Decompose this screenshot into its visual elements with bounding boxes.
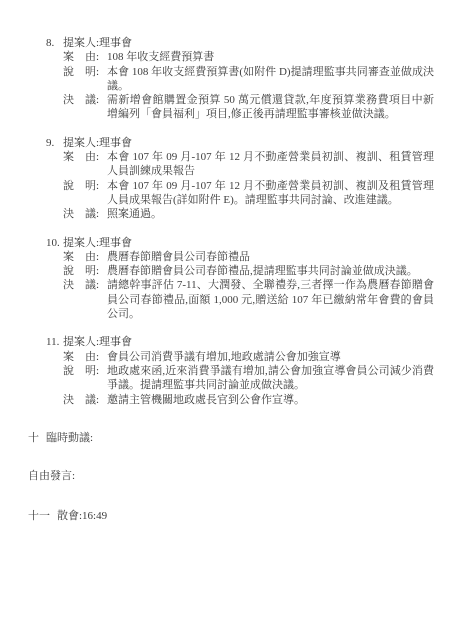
case-row: 案 由: 會員公司消費爭議有增加,地政處請公會加強宣導 [46, 350, 434, 364]
proposer-row: 10. 提案人:理事會 [46, 236, 434, 250]
resolution-row: 決 議: 照案通過。 [46, 207, 434, 221]
motions-label: 臨時動議: [46, 431, 93, 445]
proposal-item-10: 10. 提案人:理事會 案 由: 農曆春節贈會員公司春節禮品 說 明: 農曆春節… [46, 236, 434, 322]
proposer-label: 提案人:理事會 [63, 36, 434, 50]
resolution-label: 決 議: [63, 207, 107, 221]
case-text: 108 年收支經費預算書 [107, 50, 434, 64]
proposal-item-8: 8. 提案人:理事會 案 由: 108 年收支經費預算書 說 明: 本會 108… [46, 36, 434, 122]
resolution-row: 決 議: 邀請主管機關地政處長官到公會作宣導。 [46, 393, 434, 407]
proposal-number: 10. [46, 236, 63, 250]
resolution-label: 決 議: [63, 278, 107, 292]
explanation-text: 地政處來函,近來消費爭議有增加,請公會加強宣導會員公司減少消費爭議。提請理監事共… [107, 364, 434, 393]
case-text: 農曆春節贈會員公司春節禮品 [107, 250, 434, 264]
case-row: 案 由: 108 年收支經費預算書 [46, 50, 434, 64]
case-label: 案 由: [63, 150, 107, 164]
explanation-label: 說 明: [63, 264, 107, 278]
proposal-number: 9. [46, 136, 63, 150]
motions-number: 十 [28, 431, 39, 445]
explanation-label: 說 明: [63, 179, 107, 193]
proposer-label: 提案人:理事會 [63, 136, 434, 150]
explanation-text: 本會 108 年收支經費預算書(如附件 D)提請理監事共同審查並做成決議。 [107, 65, 434, 94]
resolution-label: 決 議: [63, 393, 107, 407]
proposal-item-9: 9. 提案人:理事會 案 由: 本會 107 年 09 月-107 年 12 月… [46, 136, 434, 222]
resolution-text: 邀請主管機關地政處長官到公會作宣導。 [107, 393, 434, 407]
resolution-label: 決 議: [63, 93, 107, 107]
case-row: 案 由: 本會 107 年 09 月-107 年 12 月不動產營業員初訓、複訓… [46, 150, 434, 179]
explanation-text: 本會 107 年 09 月-107 年 12 月不動產營業員初訓、複訓及租賃管理… [107, 179, 434, 208]
adjourn-label: 散會:16:49 [57, 509, 107, 523]
proposer-label: 提案人:理事會 [63, 335, 434, 349]
motions-row: 十 臨時動議: [28, 431, 434, 445]
explanation-label: 說 明: [63, 364, 107, 378]
document-page: 8. 提案人:理事會 案 由: 108 年收支經費預算書 說 明: 本會 108… [0, 0, 452, 640]
resolution-text: 照案通過。 [107, 207, 434, 221]
closing-section: 十 臨時動議: 自由發言: 十一 散會:16:49 [28, 431, 434, 524]
free-speech-label: 自由發言: [28, 469, 75, 483]
case-label: 案 由: [63, 350, 107, 364]
adjourn-number: 十一 [28, 509, 50, 523]
case-text: 會員公司消費爭議有增加,地政處請公會加強宣導 [107, 350, 434, 364]
explanation-row: 說 明: 農曆春節贈會員公司春節禮品,提請理監事共同討論並做成決議。 [46, 264, 434, 278]
explanation-row: 說 明: 本會 108 年收支經費預算書(如附件 D)提請理監事共同審查並做成決… [46, 65, 434, 94]
explanation-label: 說 明: [63, 65, 107, 79]
resolution-text: 請總幹事評估 7-11、大潤發、全聯禮券,三者擇一作為農曆春節贈會員公司春節禮品… [107, 278, 434, 321]
proposer-row: 11. 提案人:理事會 [46, 335, 434, 349]
proposal-number: 11. [46, 335, 63, 349]
proposer-label: 提案人:理事會 [63, 236, 434, 250]
proposer-row: 9. 提案人:理事會 [46, 136, 434, 150]
proposal-item-11: 11. 提案人:理事會 案 由: 會員公司消費爭議有增加,地政處請公會加強宣導 … [46, 335, 434, 406]
case-label: 案 由: [63, 50, 107, 64]
resolution-row: 決 議: 請總幹事評估 7-11、大潤發、全聯禮券,三者擇一作為農曆春節贈會員公… [46, 278, 434, 321]
explanation-text: 農曆春節贈會員公司春節禮品,提請理監事共同討論並做成決議。 [107, 264, 434, 278]
proposals-section: 8. 提案人:理事會 案 由: 108 年收支經費預算書 說 明: 本會 108… [46, 36, 434, 407]
case-label: 案 由: [63, 250, 107, 264]
proposal-number: 8. [46, 36, 63, 50]
case-row: 案 由: 農曆春節贈會員公司春節禮品 [46, 250, 434, 264]
resolution-row: 決 議: 需新增會館購置金預算 50 萬元償還貸款,年度預算業務費項目中新增編列… [46, 93, 434, 122]
explanation-row: 說 明: 本會 107 年 09 月-107 年 12 月不動產營業員初訓、複訓… [46, 179, 434, 208]
explanation-row: 說 明: 地政處來函,近來消費爭議有增加,請公會加強宣導會員公司減少消費爭議。提… [46, 364, 434, 393]
proposer-row: 8. 提案人:理事會 [46, 36, 434, 50]
resolution-text: 需新增會館購置金預算 50 萬元償還貸款,年度預算業務費項目中新增編列「會員福利… [107, 93, 434, 122]
free-speech-row: 自由發言: [28, 469, 434, 483]
adjourn-row: 十一 散會:16:49 [28, 509, 434, 523]
case-text: 本會 107 年 09 月-107 年 12 月不動產營業員初訓、複訓、租賃管理… [107, 150, 434, 179]
